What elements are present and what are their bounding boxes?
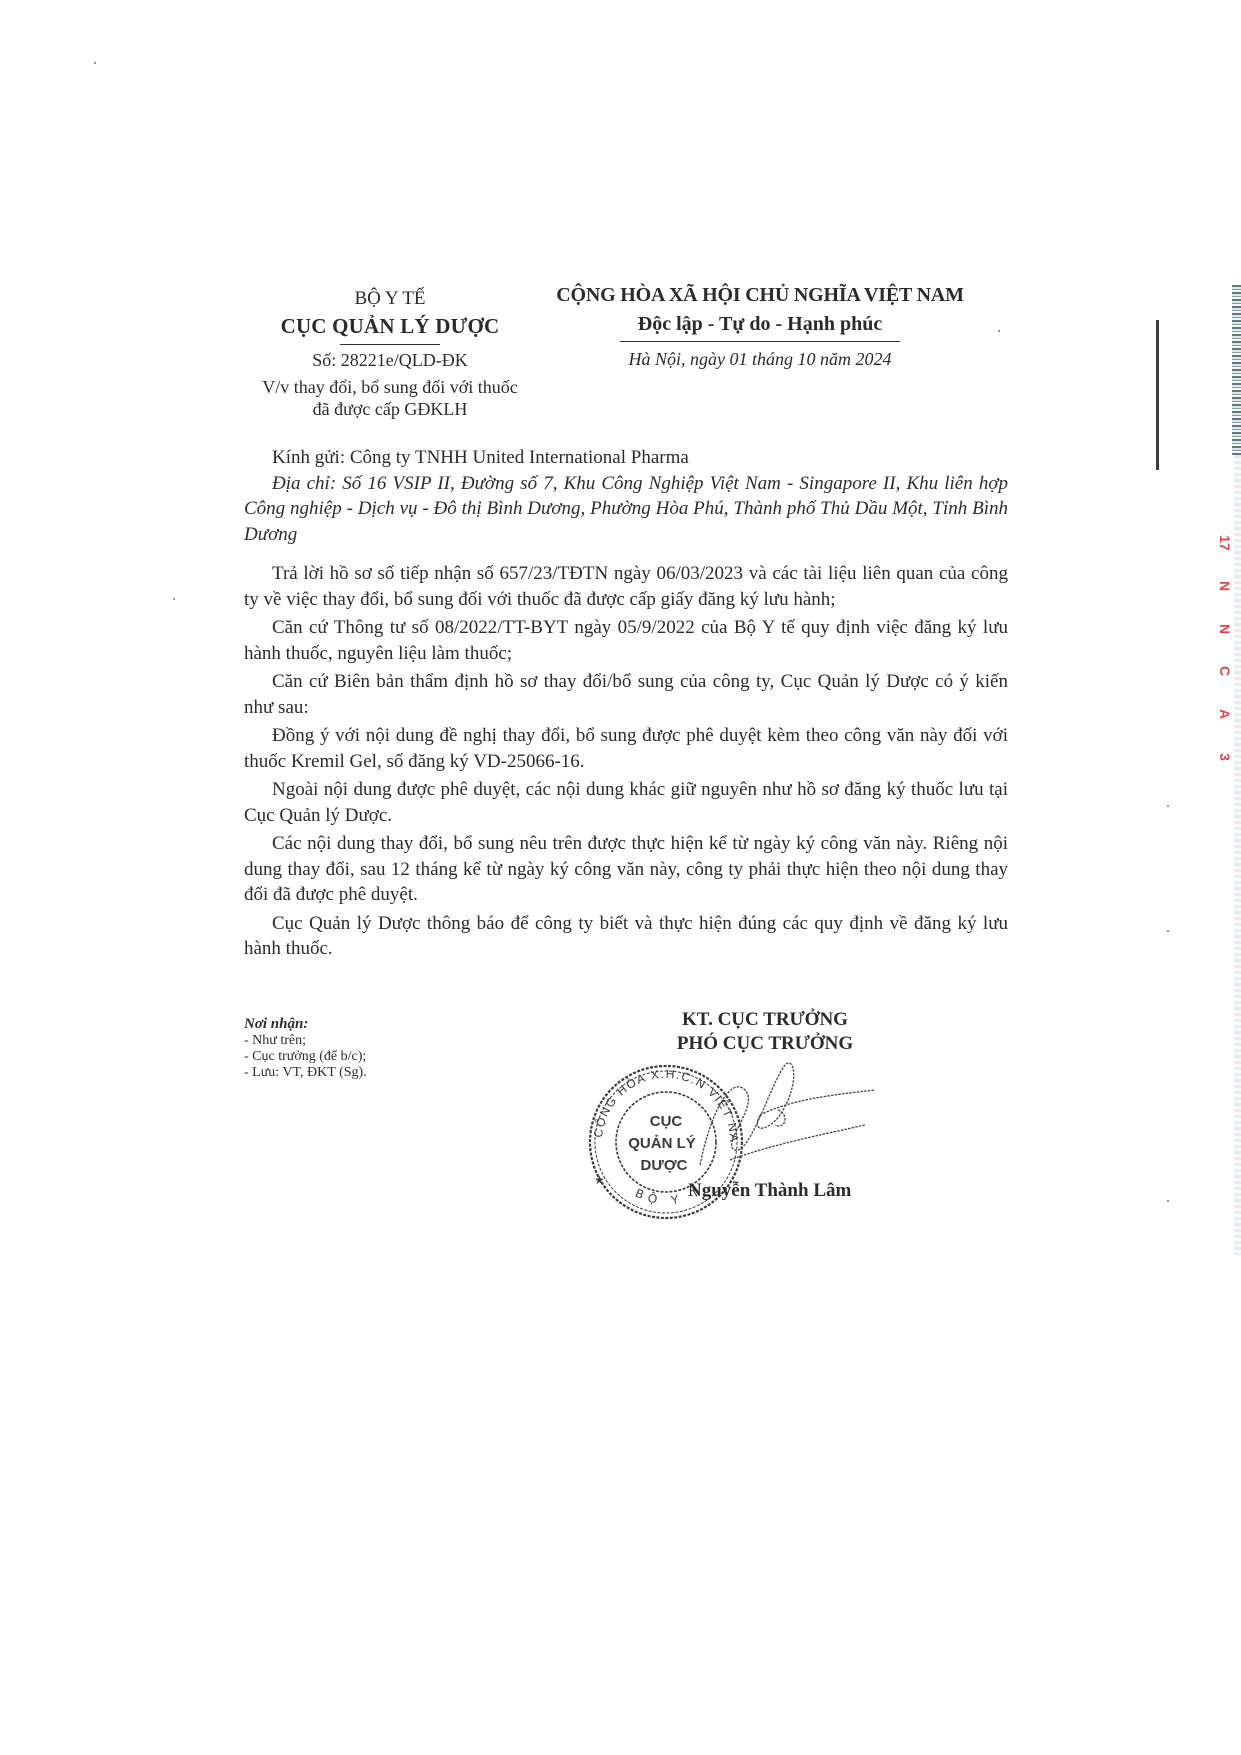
issuing-agency-block: BỘ Y TẾ CỤC QUẢN LÝ DƯỢC Số: 28221e/QLD-… <box>240 287 540 420</box>
scan-edge-bar <box>1156 320 1159 470</box>
red-mark: N <box>1217 624 1233 634</box>
scan-speck <box>1167 1200 1169 1202</box>
body-paragraph: Đồng ý với nội dung đề nghị thay đổi, bổ… <box>244 723 1008 774</box>
national-motto: Độc lập - Tự do - Hạnh phúc <box>535 310 985 338</box>
red-mark: 17 <box>1217 535 1233 551</box>
seal-center-line-1: CỤC <box>650 1113 683 1130</box>
scan-speck <box>173 598 175 600</box>
seal-center-line-3: DƯỢC <box>641 1157 688 1174</box>
body-paragraph: Cục Quản lý Dược thông báo để công ty bi… <box>244 911 1008 962</box>
recipient-line: Kính gửi: Công ty TNHH United Internatio… <box>244 445 1008 471</box>
body-paragraph: Trả lời hồ sơ số tiếp nhận số 657/23/TĐT… <box>244 561 1008 612</box>
scan-speck <box>94 62 96 64</box>
handwritten-signature-icon <box>690 1055 890 1185</box>
subject-line-2: đã được cấp GĐKLH <box>240 398 540 420</box>
national-title: CỘNG HÒA XÃ HỘI CHỦ NGHĨA VIỆT NAM <box>535 280 985 310</box>
body-paragraph: Căn cứ Thông tư số 08/2022/TT-BYT ngày 0… <box>244 615 1008 666</box>
distribution-item: - Lưu: VT, ĐKT (Sg). <box>244 1065 484 1081</box>
signature-block: KT. CỤC TRƯỞNG PHÓ CỤC TRƯỞNG <box>600 1008 930 1056</box>
agency-name: CỤC QUẢN LÝ DƯỢC <box>240 311 540 341</box>
document-date: Hà Nội, ngày 01 tháng 10 năm 2024 <box>535 348 985 370</box>
distribution-list: Nơi nhận: - Như trên; - Cục trưởng (để b… <box>244 1015 484 1081</box>
red-mark: A <box>1217 709 1233 719</box>
body-paragraph: Ngoài nội dung được phê duyệt, các nội d… <box>244 777 1008 828</box>
distribution-item: - Như trên; <box>244 1033 484 1049</box>
motto-underline <box>620 341 900 342</box>
signer-role-line-2: PHÓ CỤC TRƯỞNG <box>600 1032 930 1056</box>
document-number: Số: 28221e/QLD-ĐK <box>240 348 540 372</box>
red-mark: 3 <box>1217 753 1233 761</box>
red-margin-marks: 17 N N C A 3 <box>1218 535 1232 765</box>
red-mark: C <box>1217 666 1233 676</box>
national-heading-block: CỘNG HÒA XÃ HỘI CHỦ NGHĨA VIỆT NAM Độc l… <box>535 280 985 370</box>
ministry-name: BỘ Y TẾ <box>240 287 540 311</box>
scan-speck <box>998 330 1000 332</box>
scan-speck <box>1167 930 1169 932</box>
subject-line-1: V/v thay đổi, bổ sung đối với thuốc <box>240 376 540 398</box>
subject-line: V/v thay đổi, bổ sung đối với thuốc đã đ… <box>240 376 540 420</box>
signer-role-line-1: KT. CỤC TRƯỞNG <box>600 1008 930 1032</box>
svg-text:★: ★ <box>594 1173 605 1187</box>
red-mark: N <box>1217 581 1233 591</box>
distribution-item: - Cục trưởng (để b/c); <box>244 1049 484 1065</box>
recipient-address: Địa chỉ: Số 16 VSIP II, Đường số 7, Khu … <box>244 471 1008 548</box>
scan-speck <box>1167 805 1169 807</box>
letter-body: Kính gửi: Công ty TNHH United Internatio… <box>244 445 1008 962</box>
seal-center-line-2: QUẢN LÝ <box>628 1134 696 1152</box>
signer-name: Nguyễn Thành Lâm <box>688 1180 851 1202</box>
body-paragraph: Các nội dung thay đổi, bổ sung nêu trên … <box>244 831 1008 908</box>
agency-underline <box>340 344 440 345</box>
body-paragraph: Căn cứ Biên bản thẩm định hồ sơ thay đổi… <box>244 669 1008 720</box>
distribution-title: Nơi nhận: <box>244 1015 484 1033</box>
scan-edge-strip <box>1234 455 1241 1255</box>
scan-edge-barcode <box>1232 285 1241 455</box>
